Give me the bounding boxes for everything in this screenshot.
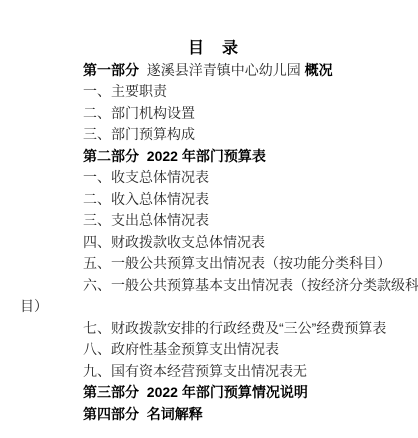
- toc-item-2-8-segment-0: 八、政府性基金预算支出情况表: [83, 341, 279, 357]
- toc-heading-part-3-segment-0: 第三部分 2022 年部门预算情况说明: [83, 384, 308, 400]
- toc-item-2-4: 四、财政拨款收支总体情况表: [20, 232, 390, 254]
- toc-item-2-3-segment-0: 三、支出总体情况表: [83, 212, 209, 228]
- toc-heading-part-2-segment-0: 第二部分 2022 年部门预算表: [83, 148, 266, 164]
- toc-item-2-7: 七、财政拨款安排的行政经费及“三公”经费预算表: [20, 318, 390, 340]
- toc-item-1-2-segment-0: 二、部门机构设置: [83, 105, 195, 121]
- toc-lines: 第一部分 遂溪县洋青镇中心幼儿园 概况一、主要职责二、部门机构设置三、部门预算构…: [20, 60, 390, 426]
- toc-heading-part-4-segment-0: 第四部分 名词解释: [83, 406, 203, 422]
- toc-heading-part-1: 第一部分 遂溪县洋青镇中心幼儿园 概况: [20, 60, 390, 82]
- toc-item-2-9: 九、国有资本经营预算支出情况表无: [20, 361, 390, 383]
- toc-item-2-8: 八、政府性基金预算支出情况表: [20, 339, 390, 361]
- toc-item-2-3: 三、支出总体情况表: [20, 210, 390, 232]
- toc-item-2-2: 二、收入总体情况表: [20, 189, 390, 211]
- toc-heading-part-2: 第二部分 2022 年部门预算表: [20, 146, 390, 168]
- toc-item-2-9-segment-0: 九、国有资本经营预算支出情况表无: [83, 363, 307, 379]
- toc-heading-part-1-segment-1: 遂溪县洋青镇中心幼儿园: [139, 62, 305, 78]
- toc-heading-part-4: 第四部分 名词解释: [20, 404, 390, 426]
- toc-item-2-5: 五、一般公共预算支出情况表（按功能分类科目）: [20, 253, 390, 275]
- toc-item-1-3: 三、部门预算构成: [20, 124, 390, 146]
- toc-item-1-1-segment-0: 一、主要职责: [83, 83, 167, 99]
- page-title: 目 录: [20, 38, 390, 60]
- toc-heading-part-3: 第三部分 2022 年部门预算情况说明: [20, 382, 390, 404]
- toc-item-2-6-line-2-segment-0: 目）: [20, 298, 48, 314]
- toc-item-2-6-line-2: 目）: [20, 296, 390, 318]
- toc-heading-part-1-segment-0: 第一部分: [83, 62, 139, 78]
- toc-item-2-4-segment-0: 四、财政拨款收支总体情况表: [83, 234, 265, 250]
- toc-item-1-1: 一、主要职责: [20, 81, 390, 103]
- toc-item-1-3-segment-0: 三、部门预算构成: [83, 126, 195, 142]
- toc-item-2-1: 一、收支总体情况表: [20, 167, 390, 189]
- table-of-contents: 目 录 第一部分 遂溪县洋青镇中心幼儿园 概况一、主要职责二、部门机构设置三、部…: [0, 0, 418, 425]
- toc-item-2-2-segment-0: 二、收入总体情况表: [83, 191, 209, 207]
- toc-item-2-6-line-1: 六、一般公共预算基本支出情况表（按经济分类款级科: [20, 275, 390, 297]
- toc-item-2-5-segment-0: 五、一般公共预算支出情况表（按功能分类科目）: [83, 255, 391, 271]
- toc-heading-part-1-segment-2: 概况: [305, 62, 333, 78]
- toc-item-1-2: 二、部门机构设置: [20, 103, 390, 125]
- toc-item-2-7-segment-0: 七、财政拨款安排的行政经费及“三公”经费预算表: [83, 320, 386, 336]
- document-page: 目 录 第一部分 遂溪县洋青镇中心幼儿园 概况一、主要职责二、部门机构设置三、部…: [0, 0, 418, 438]
- toc-item-2-1-segment-0: 一、收支总体情况表: [83, 169, 209, 185]
- toc-item-2-6-line-1-segment-0: 六、一般公共预算基本支出情况表（按经济分类款级科: [83, 277, 418, 293]
